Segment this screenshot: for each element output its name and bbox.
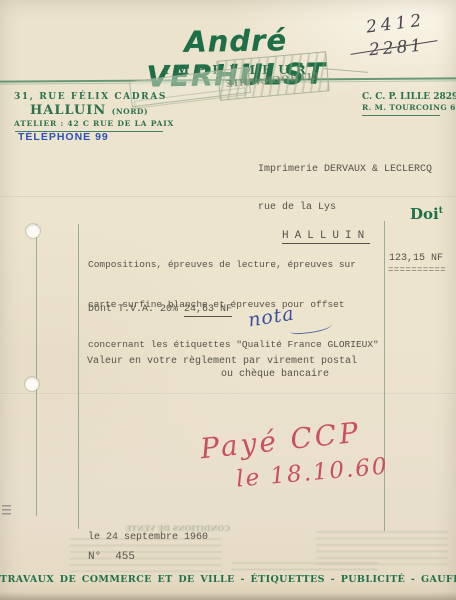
invoice-amount: 123,15 NF bbox=[389, 253, 443, 264]
punch-hole-bottom bbox=[25, 377, 39, 391]
doit-sup: t bbox=[439, 206, 443, 216]
fold-crease-upper bbox=[0, 196, 456, 198]
press-arm bbox=[324, 68, 368, 73]
rm-number: R. M. TOURCOING 6.310 bbox=[362, 103, 442, 112]
address-block: 31, RUE FÉLIX CADRAS HALLUIN (NORD) ATEL… bbox=[14, 92, 164, 132]
scanned-invoice-page: 2412 2281 André VERHULST IMPRIMEUR LITHO… bbox=[0, 0, 456, 600]
registration-block: C. C. P. LILLE 2829-07 R. M. TOURCOING 6… bbox=[362, 92, 442, 116]
showthrough-text-middle bbox=[232, 562, 378, 571]
description-line: concernant les étiquettes "Qualité Franc… bbox=[88, 338, 379, 351]
showthrough-text-left bbox=[70, 538, 222, 572]
doit-base: Doi bbox=[410, 205, 439, 223]
recipient-street: rue de la Lys bbox=[258, 202, 432, 215]
showthrough-heading: CONDITIONS DE VENTE bbox=[138, 524, 230, 533]
address-city-suffix: (NORD) bbox=[112, 107, 148, 116]
showthrough-text-right bbox=[316, 531, 448, 565]
scan-bottom-edge bbox=[0, 592, 456, 600]
description-line: Compositions, épreuves de lecture, épreu… bbox=[88, 258, 379, 271]
telephone-label: TÉLÉPHONE 99 bbox=[18, 131, 109, 143]
pencil-number-bottom: 2281 bbox=[368, 36, 425, 61]
punch-hole-top bbox=[26, 224, 40, 238]
margin-rule-left bbox=[36, 224, 37, 516]
ccp-number: C. C. P. LILLE 2829-07 bbox=[362, 92, 442, 102]
margin-rule-inner bbox=[78, 224, 79, 529]
recipient-name: Imprimerie DERVAUX & LECLERCQ bbox=[258, 164, 432, 177]
tva-line: Dont T.V.A. 20% 24,63 NF bbox=[88, 304, 232, 315]
footer-services: TRAVAUX DE COMMERCE ET DE VILLE - ÉTIQUE… bbox=[0, 574, 456, 585]
pencil-margin-mark bbox=[2, 505, 11, 515]
tva-value: 24,63 NF bbox=[184, 304, 232, 317]
address-city-name: HALLUIN bbox=[30, 103, 106, 118]
amount-double-rule: ========== bbox=[388, 265, 446, 275]
pencil-number-top: 2412 bbox=[365, 10, 426, 37]
amount-column-rule bbox=[384, 221, 385, 531]
registration-underline bbox=[362, 115, 440, 116]
doit-label: Doit bbox=[410, 205, 443, 223]
address-atelier: ATELIER : 42 C RUE DE LA PAIX bbox=[14, 119, 164, 128]
payment-line1: Valeur en votre règlement par virement p… bbox=[87, 356, 357, 367]
address-street: 31, RUE FÉLIX CADRAS bbox=[14, 92, 164, 102]
address-city: HALLUIN (NORD) bbox=[14, 103, 164, 118]
payment-line2: ou chèque bancaire bbox=[221, 369, 329, 380]
tva-label: Dont T.V.A. 20% bbox=[88, 304, 184, 315]
fold-crease-lower bbox=[0, 393, 456, 395]
